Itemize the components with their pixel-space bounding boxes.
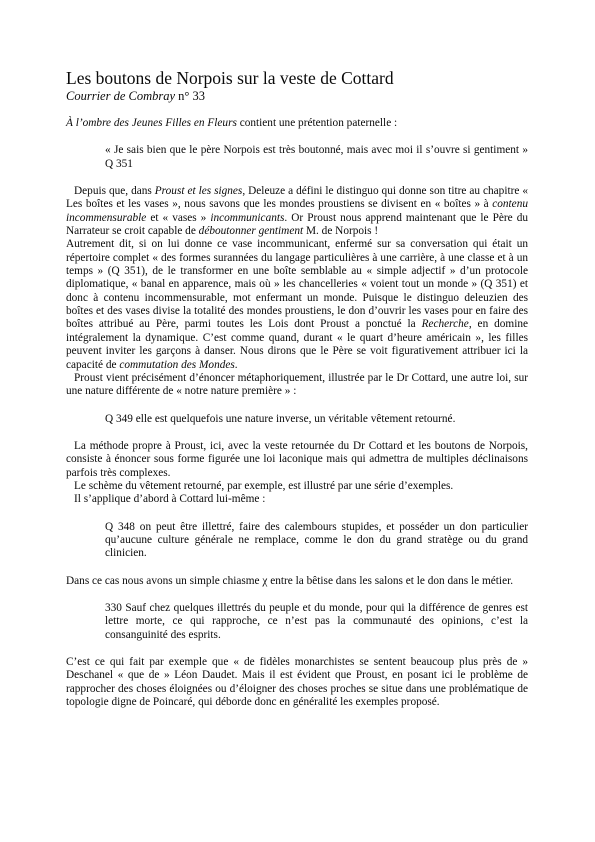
- subtitle-issue-number: n° 33: [175, 89, 205, 103]
- text-run: 330 Sauf chez quelques illettrés du peup…: [105, 602, 528, 641]
- italic-text-run: incommunicants: [210, 212, 284, 224]
- italic-text-run: Proust et les signes: [155, 185, 243, 197]
- text-run: La méthode propre à Proust, ici, avec la…: [66, 440, 528, 479]
- text-run: Il s’applique d’abord à Cottard lui-même…: [74, 493, 265, 505]
- text-run: Depuis que, dans: [74, 185, 155, 197]
- paragraph: C’est ce qui fait par exemple que « de f…: [66, 656, 528, 709]
- paragraph: Dans ce cas nous avons un simple chiasme…: [66, 575, 528, 588]
- quote-block: « Je sais bien que le père Norpois est t…: [105, 144, 528, 171]
- text-run: .: [235, 359, 238, 371]
- subtitle-journal-name: Courrier de Combray: [66, 89, 175, 103]
- paragraph: Le schème du vêtement retourné, par exem…: [66, 480, 528, 493]
- paragraph: Depuis que, dans Proust et les signes, D…: [66, 185, 528, 238]
- paragraph: Il s’applique d’abord à Cottard lui-même…: [66, 493, 528, 506]
- text-run: C’est ce qui fait par exemple que « de f…: [66, 656, 528, 708]
- text-run: Autrement dit, si on lui donne ce vase i…: [66, 238, 528, 330]
- document-page: Les boutons de Norpois sur la veste de C…: [0, 0, 595, 842]
- paragraph: Autrement dit, si on lui donne ce vase i…: [66, 238, 528, 371]
- text-run: et « vases »: [146, 212, 210, 224]
- italic-text-run: À l’ombre des Jeunes Filles en Fleurs: [66, 117, 237, 129]
- text-run: Dans ce cas nous avons un simple chiasme…: [66, 575, 513, 587]
- document-subtitle: Courrier de Combray n° 33: [66, 89, 528, 104]
- text-run: Q 349 elle est quelquefois une nature in…: [105, 413, 455, 425]
- quote-block: 330 Sauf chez quelques illettrés du peup…: [105, 602, 528, 642]
- document-body: À l’ombre des Jeunes Filles en Fleurs co…: [66, 117, 528, 709]
- paragraph: Proust vient précisément d’énoncer métap…: [66, 372, 528, 399]
- document-title: Les boutons de Norpois sur la veste de C…: [66, 67, 528, 89]
- text-run: contient une prétention paternelle :: [237, 117, 397, 129]
- italic-text-run: commutation des Mondes: [119, 359, 234, 371]
- text-run: M. de Norpois !: [303, 225, 378, 237]
- italic-text-run: déboutonner gentiment: [199, 225, 303, 237]
- paragraph: À l’ombre des Jeunes Filles en Fleurs co…: [66, 117, 528, 130]
- quote-block: Q 349 elle est quelquefois une nature in…: [105, 413, 528, 426]
- text-run: « Je sais bien que le père Norpois est t…: [105, 144, 528, 169]
- quote-block: Q 348 on peut être illettré, faire des c…: [105, 521, 528, 561]
- text-run: Q 348 on peut être illettré, faire des c…: [105, 521, 528, 560]
- italic-text-run: Recherche: [422, 318, 469, 330]
- text-run: Le schème du vêtement retourné, par exem…: [74, 480, 453, 492]
- paragraph: La méthode propre à Proust, ici, avec la…: [66, 440, 528, 480]
- text-run: Proust vient précisément d’énoncer métap…: [66, 372, 528, 397]
